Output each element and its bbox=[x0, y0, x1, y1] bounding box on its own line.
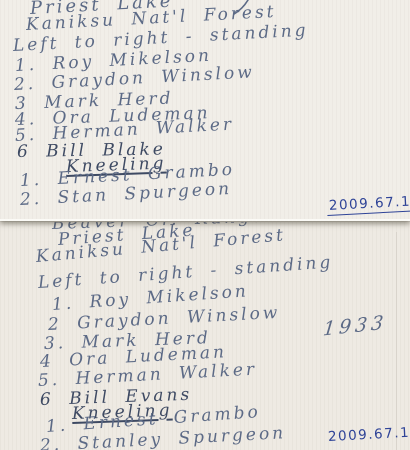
photo-back-card-1: Priest Lake Kaniksu Nat'l Forest Left to… bbox=[0, 0, 410, 221]
accession-number: 2009.67.19 bbox=[328, 424, 410, 445]
accession-number: 2009.67.19 bbox=[327, 193, 410, 216]
year-note: 1933 bbox=[322, 311, 388, 340]
photo-back-card-2: Beaver Cr. Ranger Station Priest Lake Ka… bbox=[0, 222, 410, 450]
paper-crease bbox=[396, 232, 397, 450]
scanned-photo-backs: Priest Lake Kaniksu Nat'l Forest Left to… bbox=[0, 0, 410, 450]
